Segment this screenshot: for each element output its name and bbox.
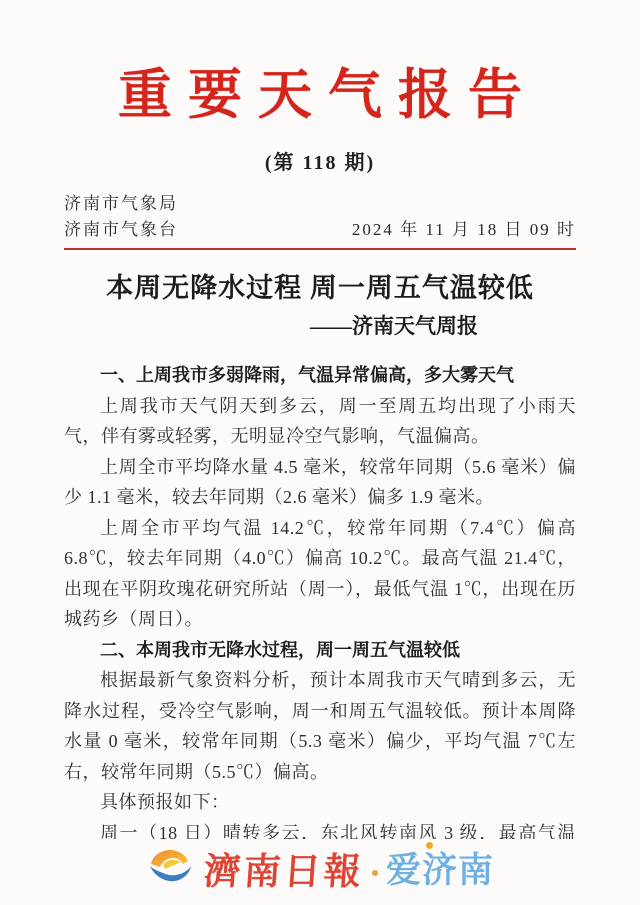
section-1-paragraph-3: 上周全市平均气温 14.2℃，较常年同期（7.4℃）偏高 6.8℃，较去年同期（… [64, 513, 576, 635]
app-name: 爱济南 [386, 843, 494, 893]
section-2-heading: 二、本周我市无降水过程，周一周五气温较低 [64, 635, 576, 666]
report-subtitle: ——济南天气周报 [64, 312, 576, 340]
section-1-paragraph-1: 上周我市天气阴天到多云，周一至周五均出现了小雨天气，伴有雾或轻雾，无明显冷空气影… [64, 391, 576, 452]
issuing-agencies: 济南市气象局 济南市气象台 [64, 191, 178, 243]
jinan-daily-logo-icon [146, 845, 196, 891]
section-1-heading: 一、上周我市多弱降雨，气温异常偏高，多大雾天气 [64, 360, 576, 391]
agency-bureau: 济南市气象局 [64, 191, 178, 217]
section-2-paragraph-1: 根据最新气象资料分析，预计本周我市天气晴到多云，无降水过程，受冷空气影响，周一和… [64, 665, 576, 787]
red-divider-line [64, 248, 576, 250]
newspaper-name: 濟南日報 [202, 841, 366, 895]
section-1-paragraph-2: 上周全市平均降水量 4.5 毫米，较常年同期（5.6 毫米）偏少 1.1 毫米，… [64, 452, 576, 513]
separator-dot [372, 870, 378, 876]
report-body: 一、上周我市多弱降雨，气温异常偏高，多大雾天气 上周我市天气阴天到多云，周一至周… [64, 360, 576, 879]
report-headline: 本周无降水过程 周一周五气温较低 [64, 271, 576, 305]
agency-observatory: 济南市气象台 [64, 217, 178, 243]
app-name-text: 爱济南 [386, 851, 494, 890]
report-title: 重要天气报告 [64, 64, 576, 126]
footer-brand-bar: 濟南日報 爱济南 [0, 839, 640, 897]
app-accent-dot [426, 842, 433, 849]
document-page: 重要天气报告 (第 118 期) 济南市气象局 济南市气象台 2024 年 11… [0, 0, 640, 905]
issue-datetime: 2024 年 11 月 18 日 09 时 [352, 217, 576, 243]
masthead: 济南市气象局 济南市气象台 2024 年 11 月 18 日 09 时 [64, 191, 576, 243]
issue-number: (第 118 期) [64, 146, 576, 175]
report-document: 重要天气报告 (第 118 期) 济南市气象局 济南市气象台 2024 年 11… [0, 64, 640, 879]
section-2-paragraph-2: 具体预报如下： [64, 787, 576, 818]
